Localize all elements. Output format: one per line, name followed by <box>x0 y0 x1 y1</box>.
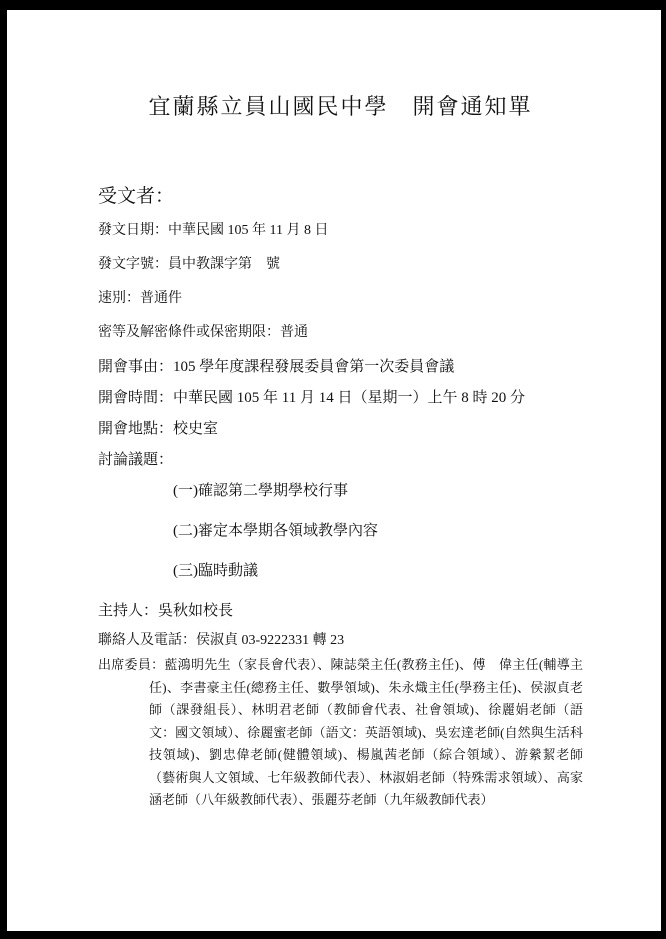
recipient-label: 受文者： <box>98 186 583 208</box>
security-line: 密等及解密條件或保密期限：普通 <box>98 324 583 341</box>
chair-line: 主持人：吳秋如校長 <box>98 602 583 620</box>
meeting-info-block: 開會事由：105 學年度課程發展委員會第一次委員會議 開會時間：中華民國 105… <box>98 358 583 469</box>
contact-line: 聯絡人及電話：侯淑貞 03-9222331 轉 23 <box>98 632 583 649</box>
document-meta-block: 發文日期：中華民國 105 年 11 月 8 日 發文字號：員中教課字第 號 速… <box>98 222 583 341</box>
agenda-block: (一)確認第二學期學校行事 (二)審定本學期各領域教學內容 (三)臨時動議 <box>98 482 583 580</box>
meeting-subject-line: 開會事由：105 學年度課程發展委員會第一次委員會議 <box>98 358 583 376</box>
agenda-item-1: (一)確認第二學期學校行事 <box>98 482 583 500</box>
document-page: 宜蘭縣立員山國民中學 開會通知單 受文者： 發文日期：中華民國 105 年 11… <box>7 10 661 931</box>
document-title: 宜蘭縣立員山國民中學 開會通知單 <box>98 95 583 119</box>
priority-line: 速別：普通件 <box>98 290 583 307</box>
doc-number-line: 發文字號：員中教課字第 號 <box>98 256 583 273</box>
meeting-place-line: 開會地點：校史室 <box>98 420 583 438</box>
scanned-document-background: { "doc": { "title": "宜蘭縣立員山國民中學 開會通知單", … <box>0 0 666 939</box>
attendees-block: 出席委員：藍鴻明先生（家長會代表）、陳誌榮主任(教務主任)、傅 偉主任(輔導主任… <box>98 654 583 812</box>
attendees-list: 藍鴻明先生（家長會代表）、陳誌榮主任(教務主任)、傅 偉主任(輔導主任)、李書豪… <box>149 657 583 807</box>
attendees-label: 出席委員： <box>98 657 164 672</box>
agenda-item-3: (三)臨時動議 <box>98 562 583 580</box>
meeting-time-line: 開會時間：中華民國 105 年 11 月 14 日（星期一）上午 8 時 20 … <box>98 389 583 407</box>
agenda-item-2: (二)審定本學期各領域教學內容 <box>98 522 583 540</box>
issue-date-line: 發文日期：中華民國 105 年 11 月 8 日 <box>98 222 583 239</box>
discussion-topics-label: 討論議題： <box>98 451 583 469</box>
